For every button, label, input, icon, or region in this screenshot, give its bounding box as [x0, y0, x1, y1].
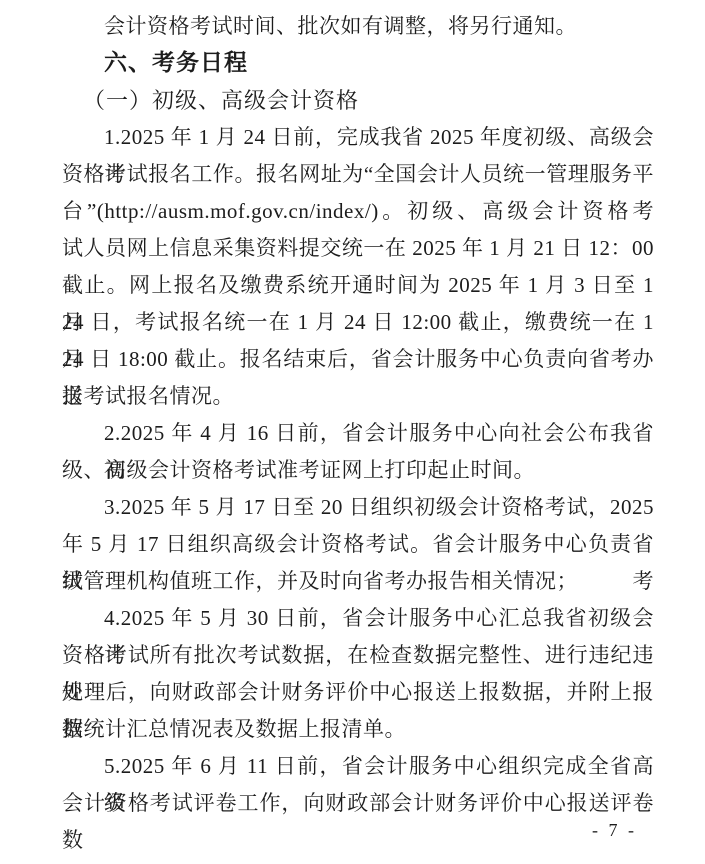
paragraph-continuation-line: 会计资格考试时间、批次如有调整，将另行通知。 [62, 8, 654, 45]
body-text-line: 资格考试报名工作。报名网址为“全国会计人员统一管理服务平 [62, 156, 654, 193]
section-heading: 六、考务日程 [62, 45, 654, 82]
body-text-line: 3.2025 年 5 月 17 日至 20 日组织初级会计资格考试，2025 [62, 489, 654, 526]
body-text-line: 据统计汇总情况表及数据上报清单。 [62, 711, 654, 748]
subsection-heading: （一）初级、高级会计资格 [62, 82, 654, 119]
body-text-line: 5.2025 年 6 月 11 日前，省会计服务中心组织完成全省高级 [62, 748, 654, 785]
body-text-line: 截止。网上报名及缴费系统开通时间为 2025 年 1 月 3 日至 1 月 [62, 267, 654, 304]
body-text-line: 会计资格考试评卷工作，向财政部会计财务评价中心报送评卷数 [62, 785, 654, 822]
body-text-line: 24 日 18:00 截止。报名结束后，省会计服务中心负责向省考办报 [62, 341, 654, 378]
body-text-line: 试人员网上信息采集资料提交统一在 2025 年 1 月 21 日 12：00 [62, 230, 654, 267]
body-text-line: 台”(http://ausm.mof.gov.cn/index/)。初级、高级会… [62, 193, 654, 230]
body-text-line: 处理后，向财政部会计财务评价中心报送上报数据，并附上报数 [62, 674, 654, 711]
page-number: - 7 - [592, 820, 637, 841]
body-text-line: 年 5 月 17 日组织高级会计资格考试。省会计服务中心负责省级考 [62, 526, 654, 563]
document-body: 会计资格考试时间、批次如有调整，将另行通知。 六、考务日程 （一）初级、高级会计… [62, 8, 654, 822]
body-text-line: 24 日，考试报名统一在 1 月 24 日 12:00 截止，缴费统一在 1 月 [62, 304, 654, 341]
body-text-line: 4.2025 年 5 月 30 日前，省会计服务中心汇总我省初级会计 [62, 600, 654, 637]
body-text-line: 试管理机构值班工作，并及时向省考办报告相关情况； [62, 563, 654, 600]
body-text-line: 送考试报名情况。 [62, 378, 654, 415]
document-page: 会计资格考试时间、批次如有调整，将另行通知。 六、考务日程 （一）初级、高级会计… [0, 0, 705, 864]
body-text-line: 级、高级会计资格考试准考证网上打印起止时间。 [62, 452, 654, 489]
body-text-line: 资格考试所有批次考试数据，在检查数据完整性、进行违纪违规 [62, 637, 654, 674]
body-text-line: 1.2025 年 1 月 24 日前，完成我省 2025 年度初级、高级会计 [62, 119, 654, 156]
body-text-line: 2.2025 年 4 月 16 日前，省会计服务中心向社会公布我省初 [62, 415, 654, 452]
